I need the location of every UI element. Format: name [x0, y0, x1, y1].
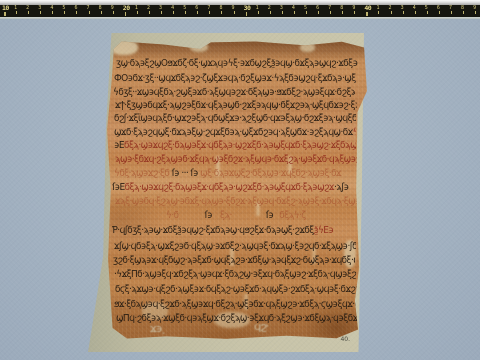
ruler-minor-tick: 7	[87, 5, 99, 17]
ruler-minor-tick: 2	[389, 5, 401, 17]
ink-text-segment: ФΟ϶ϭϫ·ʒξ··ϣϥϫϭξϡ϶ϩ·ζϣξϫ϶ϥϡ·ϭϩξϣ϶ϫ·ϟϡξϭ϶ϣ…	[114, 73, 356, 84]
ruler-minor-tick: 3	[38, 5, 50, 17]
ruler-minor-tick: 8	[219, 5, 231, 17]
hieratic-text-line: ϫʃϣ·ϥϭ϶ξϡ·ϣϫξϩ϶ϭ·ϥξϡϣ·϶ϫϭξϩ·ϡϣϥ϶ξ·ϭϫϡϣ·ξ…	[114, 241, 356, 253]
ruler-minor-tick: 2	[268, 5, 280, 17]
ink-text-segment: ·ϟϫξΠϭ·ϡϣ϶ξϥ·ϫϭϩξϡ·ϣ϶ϥϫ·ξϭϡϩϣ·϶ξϫϥ·ϭϡξϣ϶…	[114, 269, 356, 280]
ruler-minor-tick: 8	[99, 5, 111, 17]
ink-text-segment: ſ϶	[205, 210, 213, 221]
ink-text-segment: ʒϣ·ϭϡ϶ξϩϣΟϧϫϭζ·ϭξ·ϣϫϡϥ϶ϟξ·϶ϫϭϣϩξѯ϶ϥϣ·ϭϫξ…	[116, 58, 358, 69]
ink-text-segment: ϭϛξ·ϡϫϣ϶·ϥξϩϭ·ϡϣξ϶ϫ·ϭϥξϡϩ·ϣ϶ξϫϭ·ϡϥϣξ϶·ϩϫ…	[115, 284, 357, 295]
ruler-minor-tick: 1	[14, 5, 26, 17]
rubric-text-segment: ϭξϡ·ϣ϶ϫϥϩξ·ϭϡϣ϶ξϫ·ϥϭξϡ϶·ϣϩϫξϭ·ϡ϶ϣξϥϫϭ·ξϡ…	[124, 140, 356, 151]
rubric-text-segment: ϟϭξ·ϡϣ϶ϫϩ·ξϭ	[114, 168, 169, 179]
hieratic-text-line: ϟϭʒξ··ϫϣ϶ϥξϭϡ·ϩϣξ϶ϫϭ·ϡξϣϥ϶ϩϫ·ϭξϡϣ϶·ϧϫϭξϩ…	[113, 87, 355, 99]
ruler-minor-tick: 2	[26, 5, 38, 17]
hieratic-text-line: ʒϣ·ϭϡ϶ξϩϣΟϧϫϭζ·ϭξ·ϣϫϡϥ϶ϟξ·϶ϫϭϣϩξѯ϶ϥϣ·ϭϫξ…	[116, 58, 358, 70]
rubric-text-segment: ѯϟΕ϶	[314, 225, 334, 236]
ruler-minor-tick: 6	[316, 5, 328, 17]
ruler-minor-tick: 4	[292, 5, 304, 17]
ruler-minor-tick: 4	[171, 5, 183, 17]
ruler-minor-tick: 4	[413, 5, 425, 17]
ruler-minor-tick: 5	[62, 5, 74, 17]
ruler-minor-tick: 1	[256, 5, 268, 17]
ruler-minor-tick: 8	[340, 5, 352, 17]
inventory-number: 40.	[340, 337, 350, 343]
hieratic-text-line: ϶Εϭξϡ·ϣ϶ϫϥϩξ·ϭϡϣ϶ξϫ·ϥϭξϡ϶·ϣϩϫξϭ·ϡ϶ϣξϥϫϭ·…	[114, 140, 356, 152]
rubric-text-segment: ϭξϡ·ϣ϶ϫϥϩξ·ϭϡϣ϶ξϫ·ϥϭξϡ϶·ϣϩϫξϭ·ϡ϶ϣξϥϫϭ·ξϡ…	[125, 182, 334, 193]
hieratic-text-line: ϡϣ϶·ξϭϫϥ·ϩξϡϣ϶ϭ·ϫξϥϡ·ϣ϶ξϭϩϫ·ϡξϣϥ϶·ϭϫξϩϡ·…	[115, 154, 357, 166]
hieratic-text-line: ·ϟϫξΠϭ·ϡϣ϶ξϥ·ϫϭϩξϡ·ϣ϶ϥϫ·ξϭϡϩϣ·϶ξϫϥ·ϭϡξϣ϶…	[114, 269, 356, 281]
rubric-text-segment: ϟ·ϡ϶	[353, 127, 356, 138]
hieratic-text-line: ϟ·ϭſ϶ξϡ·ſ϶ϭξϡϟ·ζ	[166, 210, 408, 222]
scale-ruler: 1012345678920123456789301234567894012345…	[0, 0, 480, 19]
ink-text-segment: ſ϶Ε	[112, 182, 125, 193]
ghost-ink-offset: ϥϩ˒	[254, 320, 268, 333]
hieratic-text-line: ϧϫ·ξϭϡϣ϶ϥ·ξϩϫϭ·ϡξϣ϶ϫϥ·ϭξϩϡ·ϣξ϶ϭϫ·ϥϡξϣϩ϶·…	[114, 299, 356, 311]
rubric-text-segment: ξϡ·	[220, 210, 232, 221]
ink-text-segment: ϟϭʒξ··ϫϣ϶ϥξϭϡ·ϩϣξ϶ϫϭ·ϡξϣϥ϶ϩϫ·ϭξϡϣ϶·ϧϫϭξϩ…	[113, 87, 355, 98]
ruler-minor-tick: 5	[183, 5, 195, 17]
ruler-edge-line	[0, 17, 480, 19]
hieratic-text-line: ФΟ϶ϭϫ·ʒξ··ϣϥϫϭξϡ϶ϩ·ζϣξϫ϶ϥϡ·ϭϩξϣ϶ϫ·ϟϡξϭ϶ϣ…	[114, 73, 356, 85]
hieratic-text-line: ϫϡξ·ϣ϶ϭϥ·ξϩϡϣ·϶ϭϫξ·ϥϡϣ϶·ξϭϩϫ·ϡξϣ϶ϥ·ϭϫξϩ·…	[115, 196, 357, 208]
hieratic-text-line: Ƥ·ϥʃϭʒξ·ϡ϶ϣ·ϫϭξѯ϶ϥϣϩ·ξϫϭϡ϶ϣ·ϥϧϩξϫ·ϭϡ϶ϣξ·…	[112, 225, 354, 237]
rubric-text-segment: ϣξ·ϭϡ϶ϫϣξϩ·ϭξϡϣ϶·ϫϥξϭϩ·ϡϣ϶ξ·ϭϫ	[200, 168, 341, 179]
ruler-minor-tick: 3	[401, 5, 413, 17]
ruler-band: 1012345678920123456789301234567894012345…	[0, 5, 480, 17]
papyrus-sheet: ʒϣ·ϭϡ϶ξϩϣΟϧϫϭζ·ϭξ·ϣϫϡϥ϶ϟξ·϶ϫϭϣϩξѯ϶ϥϣ·ϭϫξ…	[106, 40, 368, 340]
ink-text-segment: ϶Ε	[114, 140, 124, 151]
ruler-minor-tick: 7	[207, 5, 219, 17]
hieratic-text-line: ϭϛξ·ϡϫϣ϶·ϥξϩϭ·ϡϣξ϶ϫ·ϭϥξϡϩ·ϣ϶ξϫϭ·ϡϥϣξ϶·ϩϫ…	[115, 284, 357, 296]
hieratic-text-line: ϫϯ·ξʒϣ϶ϭϥϫξ·ϡϣϩ϶ξϭϫ·ϥξϡ϶ϣϭ·ϩϫξ϶ϡϥϣ·ϭξϫϩ϶…	[115, 100, 357, 112]
ink-text-segment: ſ϶ ··· ſ϶	[169, 168, 200, 179]
ruler-minor-tick: 7	[449, 5, 461, 17]
ruler-minor-tick: 3	[159, 5, 171, 17]
ruler-major-tick: 30	[244, 5, 256, 17]
ruler-minor-tick: 4	[50, 5, 62, 17]
ink-text-segment: ſ϶	[266, 210, 274, 221]
ruler-minor-tick: 1	[376, 5, 388, 17]
ruler-minor-tick: 2	[147, 5, 159, 17]
ruler-minor-tick: 9	[473, 5, 480, 17]
rubric-text-segment: ϡϣ϶·ξϭϫϥ·ϩξϡϣ϶ϭ·ϫξϥϡ·ϣ϶ξϭϩϫ·ϡξϣϥ϶·ϭϫξϩϡ·…	[115, 154, 357, 165]
ruler-minor-tick: 6	[195, 5, 207, 17]
ruler-minor-tick: 5	[304, 5, 316, 17]
ink-text-segment: ϧϫ·ξϭϡϣ϶ϥ·ξϩϫϭ·ϡξϣ϶ϫϥ·ϭξϩϡ·ϣξ϶ϭϫ·ϥϡξϣϩ϶·…	[114, 299, 356, 310]
ruler-minor-tick: 8	[461, 5, 473, 17]
ruler-major-tick: 20	[123, 5, 135, 17]
rubric-text-segment: ϫϡξ·ϣ϶ϭϥ·ξϩϡϣ·϶ϭϫξ·ϥϡϣ϶·ξϭϩϫ·ϡξϣ϶ϥ·ϭϫξϩ·…	[115, 196, 357, 207]
ruler-minor-tick: 9	[111, 5, 123, 17]
ink-text-segment: ϫϯ·ξʒϣ϶ϭϥϫξ·ϡϣϩ϶ξϭϫ·ϥξϡ϶ϣϭ·ϩϫξ϶ϡϥϣ·ϭξϫϩ϶…	[115, 100, 357, 111]
museum-photograph: 1012345678920123456789301234567894012345…	[0, 0, 480, 360]
hieratic-text-line: ϭϩʃ·ϫξΐϣ϶ϥϡξϭ·ϣϫϩ϶ξϡ·ϥϭϣξϫ϶·ϡϩξϣϭ·ϥϫ϶ξϡϣ…	[114, 113, 356, 125]
ruler-minor-tick: 5	[425, 5, 437, 17]
hieratic-text-line: ʒϩϭ·ξϣϡ϶ϫ·ϥξϭϣϩ·ϡ϶ξϫϭ·ϣϥξϡϩ϶·ϫϭξϣ·ϡ϶ϥξϫϩ…	[113, 255, 355, 267]
ruler-minor-tick: 6	[74, 5, 86, 17]
ruler-minor-tick: 7	[328, 5, 340, 17]
ink-text-segment: Ƥ·ϥʃϭʒξ·ϡ϶ϣ·ϫϭξѯ϶ϥϣϩ·ξϫϭϡ϶ϣ·ϥϧϩξϫ·ϭϡ϶ϣξ·…	[112, 225, 314, 236]
ink-text-segment: ϫʃϣ·ϥϭ϶ξϡ·ϣϫξϩ϶ϭ·ϥξϡϣ·϶ϫϭξϩ·ϡϣϥ϶ξ·ϭϫϡϣ·ξ…	[114, 241, 356, 252]
ruler-minor-tick: 1	[135, 5, 147, 17]
hieratic-text-line: ϟϭξ·ϡϣ϶ϫϩ·ξϭ ſ϶ ··· ſ϶ ϣξ·ϭϡ϶ϫϣξϩ·ϭξϡϣ϶·…	[114, 168, 356, 180]
ghost-ink-offset: ϫ϶˯	[150, 322, 164, 335]
ruler-major-tick: 10	[2, 5, 14, 17]
ruler-minor-tick: 6	[437, 5, 449, 17]
ink-text-segment: ·ϡʃ϶	[334, 182, 349, 193]
ruler-minor-tick: 3	[280, 5, 292, 17]
ink-text-segment: ϭϩʃ·ϫξΐϣ϶ϥϡξϭ·ϣϫϩ϶ξϡ·ϥϭϣξϫ϶·ϡϩξϣϭ·ϥϫ϶ξϡϣ…	[114, 113, 356, 124]
ruler-minor-tick: 9	[232, 5, 244, 17]
ink-text-segment: ϣϫϭ·ξϡ϶ϩϥϣξ·ϭϫϡ϶ξϣ·ϩϥϫξϭ϶ϡ·ϣξϫϭϩ϶ϥ·ϡξϣϭϫ…	[114, 127, 353, 138]
ruler-major-tick: 40	[364, 5, 376, 17]
hieratic-text-line: ſ϶Εϭξϡ·ϣ϶ϫϥϩξ·ϭϡϣ϶ξϫ·ϥϭξϡ϶·ϣϩϫξϭ·ϡ϶ϣξϥϫϭ…	[112, 182, 354, 194]
rubric-text-segment: ϭξϡϟ·ζ	[279, 210, 305, 221]
ink-text-segment: ʒϩϭ·ξϣϡ϶ϫ·ϥξϭϣϩ·ϡ϶ξϫϭ·ϣϥξϡϩ϶·ϫϭξϣ·ϡ϶ϥξϫϩ…	[113, 255, 355, 266]
ruler-minor-tick: 9	[352, 5, 364, 17]
hieratic-text-line: ϣϫϭ·ξϡ϶ϩϥϣξ·ϭϫϡ϶ξϣ·ϩϥϫξϭ϶ϡ·ϣξϫϭϩ϶ϥ·ϡξϣϭϫ…	[114, 127, 356, 139]
rubric-text-segment: ϟ·ϭ	[166, 210, 179, 221]
